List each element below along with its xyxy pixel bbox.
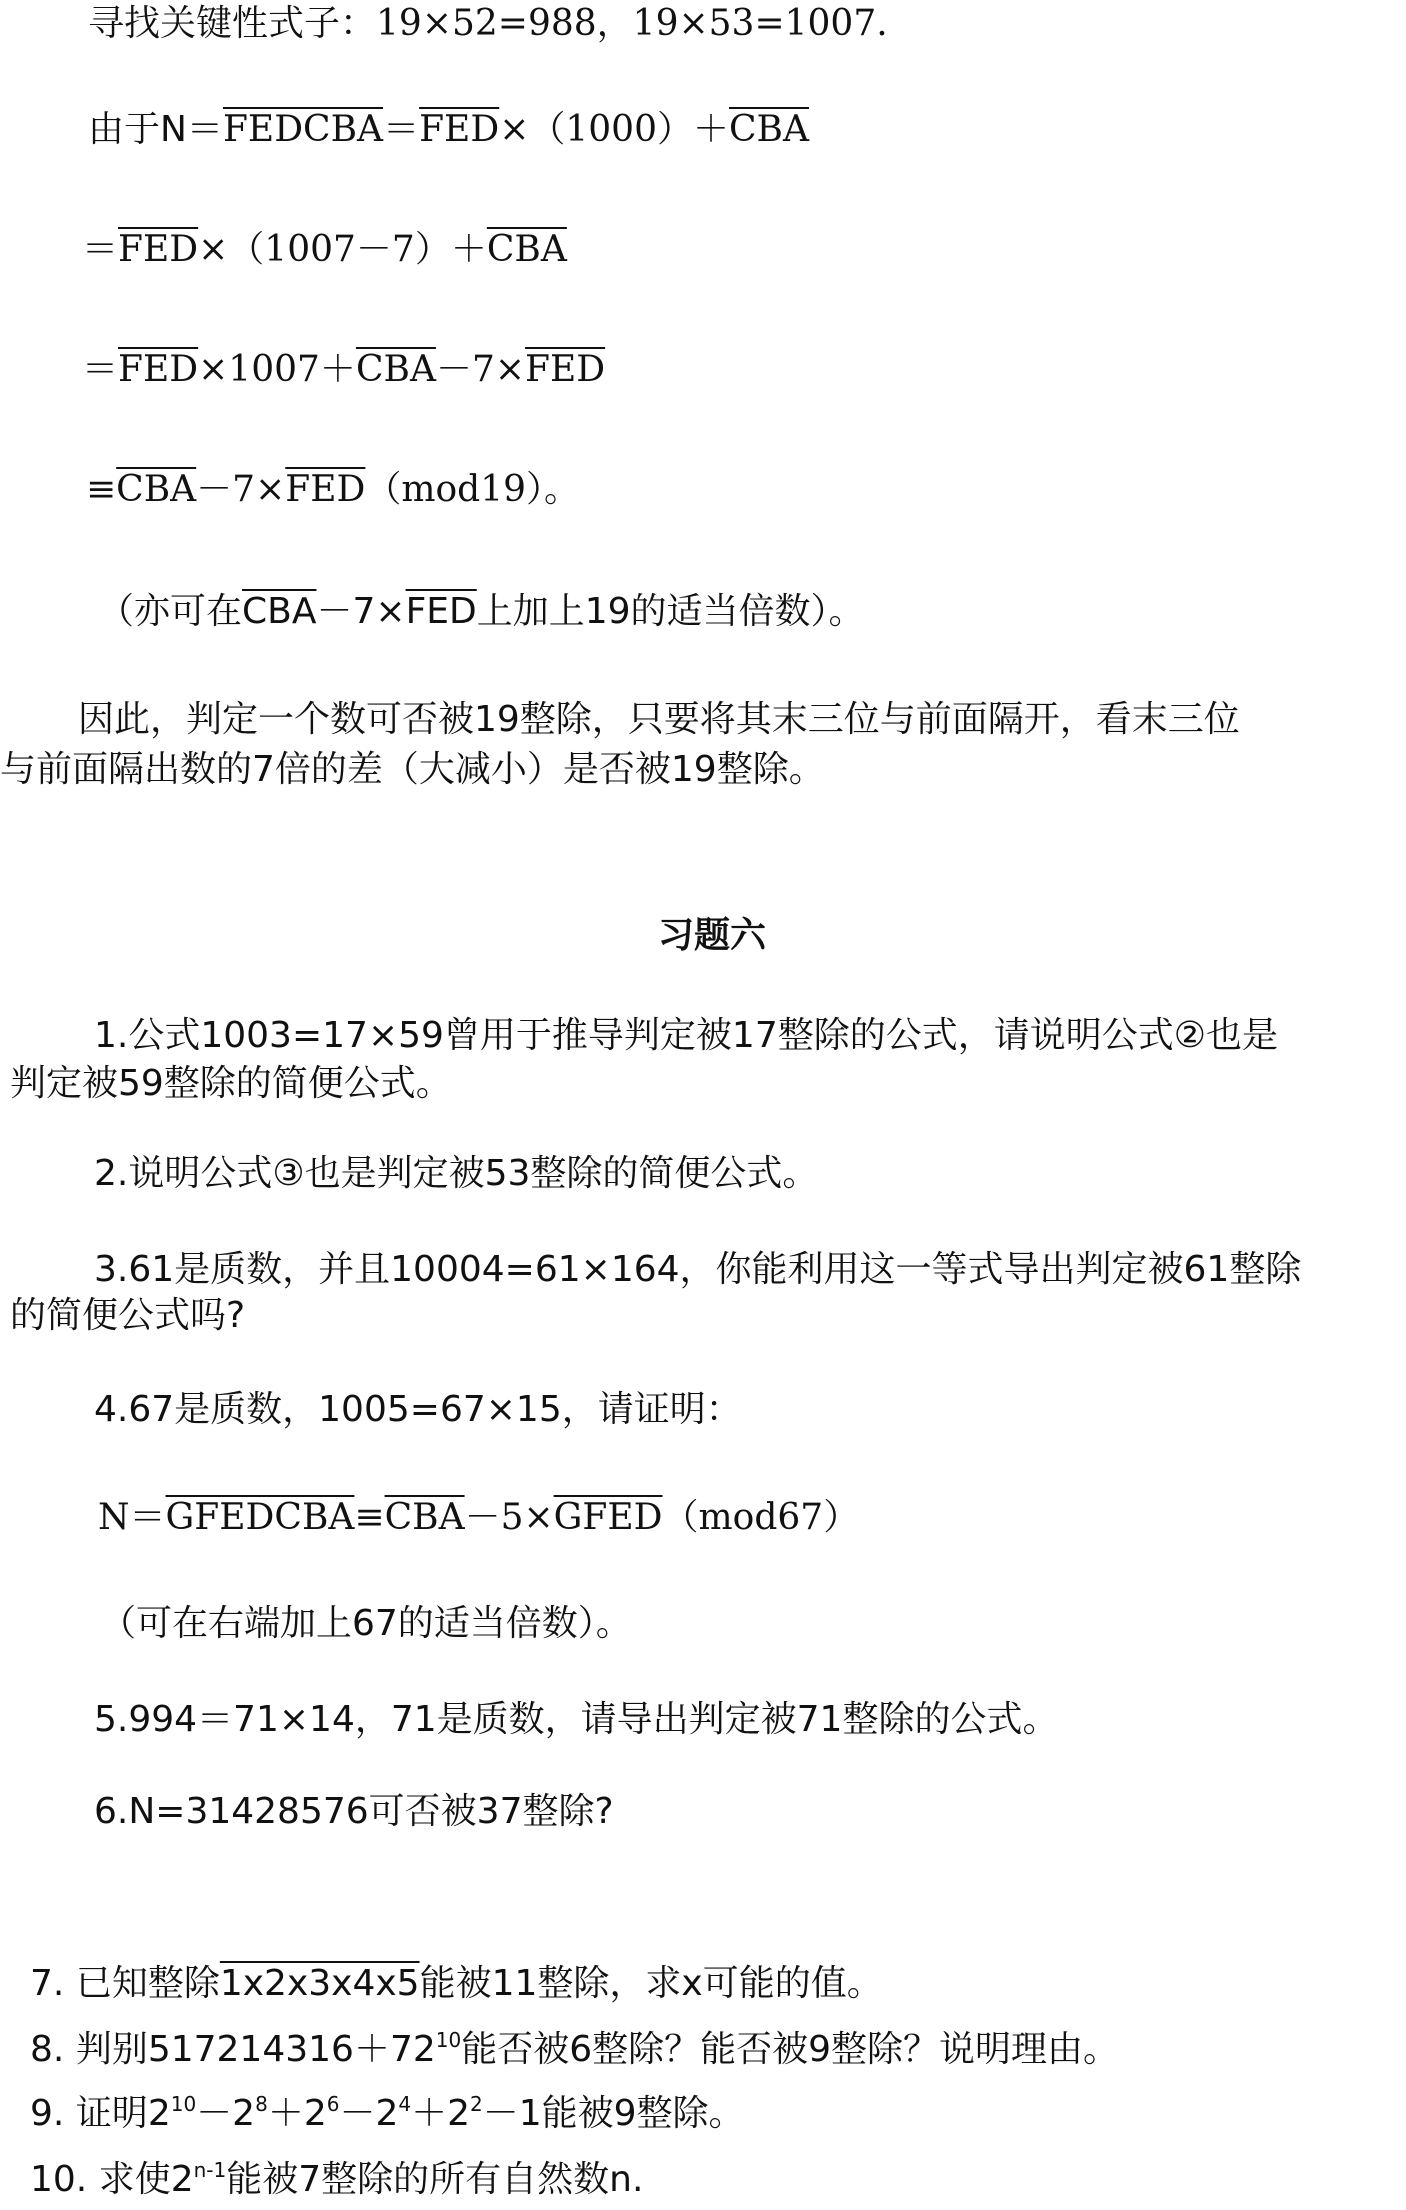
exercise-7: 7. 已知整除1x2x3x4x5能被11整除，求x可能的值。 bbox=[30, 1960, 883, 2008]
exp-5: 2 bbox=[470, 2092, 483, 2116]
conclusion-line-2: 与前面隔出数的7倍的差（大减小）是否被19整除。 bbox=[0, 746, 825, 794]
q9-number: 9. bbox=[30, 2093, 64, 2134]
q7-prefix: 已知整除 bbox=[76, 1963, 220, 2004]
step2-rest: ×（1007－7）＋ bbox=[198, 229, 487, 270]
overline-fed: FED bbox=[419, 109, 499, 150]
note-suffix: 上加上19的适当倍数）。 bbox=[477, 591, 865, 632]
derivation-note: （亦可在CBA－7×FED上加上19的适当倍数）。 bbox=[98, 588, 865, 636]
exercise-3-line-1: 3.61是质数，并且10004=61×164，你能利用这一等式导出判定被61整除 bbox=[94, 1246, 1301, 1294]
exercise-6: 6.N=31428576可否被37整除? bbox=[94, 1788, 614, 1836]
q10-suffix: 能被7整除的所有自然数n. bbox=[226, 2159, 643, 2200]
overline-cba: CBA bbox=[729, 109, 809, 150]
exp-2: 8 bbox=[255, 2092, 268, 2116]
key-formula-line: 寻找关键性式子：19×52=988，19×53=1007. bbox=[88, 0, 888, 48]
exercise-9: 9. 证明210－28＋26－24＋22－1能被9整除。 bbox=[30, 2090, 745, 2138]
overline-cba: CBA bbox=[242, 591, 316, 632]
overline-fed: FED bbox=[406, 591, 477, 632]
q9-term-3: ＋2 bbox=[268, 2093, 327, 2134]
overline-gfedcba: GFEDCBA bbox=[166, 1497, 355, 1538]
q9-suffix: －1能被9整除。 bbox=[483, 2093, 745, 2134]
congruent-sign: ≡ bbox=[86, 469, 116, 510]
step3-prefix: ＝ bbox=[82, 349, 118, 390]
note-mid: －7× bbox=[316, 591, 405, 632]
q7-number: 7. bbox=[30, 1963, 64, 2004]
overline-fed: FED bbox=[285, 469, 365, 510]
step4-suffix: （mod19）。 bbox=[365, 469, 580, 510]
derivation-step-2: ＝FED×（1007－7）＋CBA bbox=[82, 226, 567, 274]
overline-cba: CBA bbox=[116, 469, 196, 510]
q10-number: 10. bbox=[30, 2159, 87, 2200]
overline-fed: FED bbox=[118, 229, 198, 270]
conclusion-line-1: 因此，判定一个数可否被19整除，只要将其末三位与前面隔开，看末三位 bbox=[78, 696, 1240, 744]
q9-term-5: ＋2 bbox=[411, 2093, 470, 2134]
q4-suffix: （mod67） bbox=[663, 1497, 860, 1538]
key-formula-label: 寻找关键性式子： bbox=[88, 3, 376, 44]
q9-term-4: －2 bbox=[339, 2093, 398, 2134]
exercise-1-line-2: 判定被59整除的简便公式。 bbox=[10, 1060, 452, 1108]
congruent-sign: ≡ bbox=[354, 1497, 384, 1538]
overline-number: 1x2x3x4x5 bbox=[220, 1963, 420, 2004]
overline-fed: FED bbox=[118, 349, 198, 390]
overline-gfed: GFED bbox=[554, 1497, 663, 1538]
overline-cba: CBA bbox=[356, 349, 436, 390]
exercise-5: 5.994＝71×14，71是质数，请导出判定被71整除的公式。 bbox=[94, 1696, 1058, 1744]
exercise-3-line-2: 的简便公式吗? bbox=[10, 1292, 245, 1340]
q7-suffix: 能被11整除，求x可能的值。 bbox=[420, 1963, 883, 2004]
q8-number: 8. bbox=[30, 2029, 64, 2070]
step4-mid: －7× bbox=[196, 469, 285, 510]
exercise-4-formula: N＝GFEDCBA≡CBA－5×GFED（mod67） bbox=[98, 1494, 859, 1542]
exp-1: 10 bbox=[171, 2092, 196, 2116]
q8-prefix: 判别517214316＋72 bbox=[76, 2029, 436, 2070]
q8-suffix: 能否被6整除？能否被9整除？说明理由。 bbox=[461, 2029, 1119, 2070]
step1-rest: ×（1000）＋ bbox=[499, 109, 729, 150]
step3-mid: ×1007＋ bbox=[198, 349, 356, 390]
q10-exponent: n-1 bbox=[194, 2158, 227, 2182]
q8-exponent: 10 bbox=[436, 2028, 461, 2052]
q10-prefix: 求使2 bbox=[99, 2159, 194, 2200]
exercise-8: 8. 判别517214316＋7210能否被6整除？能否被9整除？说明理由。 bbox=[30, 2026, 1119, 2074]
q4-mid: －5× bbox=[465, 1497, 554, 1538]
q9-term-2: －2 bbox=[196, 2093, 255, 2134]
step3-mid2: －7× bbox=[436, 349, 525, 390]
step2-prefix: ＝ bbox=[82, 229, 118, 270]
q4-prefix: N＝ bbox=[98, 1497, 166, 1538]
key-formula-expr: 19×52=988，19×53=1007. bbox=[376, 3, 888, 44]
exercise-4-note: （可在右端加上67的适当倍数）。 bbox=[100, 1600, 632, 1648]
exercise-2: 2.说明公式③也是判定被53整除的简便公式。 bbox=[94, 1150, 818, 1198]
exercise-10: 10. 求使2n-1能被7整除的所有自然数n. bbox=[30, 2156, 643, 2204]
exp-4: 4 bbox=[398, 2092, 411, 2116]
exercise-1-line-1: 1.公式1003=17×59曾用于推导判定被17整除的公式，请说明公式②也是 bbox=[94, 1012, 1278, 1060]
derivation-step-1: 由于N＝FEDCBA＝FED×（1000）＋CBA bbox=[88, 106, 809, 154]
step1-prefix: 由于N＝ bbox=[88, 109, 223, 150]
exercise-4: 4.67是质数，1005=67×15，请证明： bbox=[94, 1386, 742, 1434]
overline-fedcba: FEDCBA bbox=[223, 109, 383, 150]
overline-cba: CBA bbox=[487, 229, 567, 270]
derivation-step-3: ＝FED×1007＋CBA－7×FED bbox=[82, 346, 605, 394]
overline-fed-2: FED bbox=[525, 349, 605, 390]
exp-3: 6 bbox=[327, 2092, 340, 2116]
exercises-title: 习题六 bbox=[658, 912, 766, 960]
note-prefix: （亦可在 bbox=[98, 591, 242, 632]
equals: ＝ bbox=[383, 109, 419, 150]
q9-term-1: 证明2 bbox=[76, 2093, 171, 2134]
derivation-step-4: ≡CBA－7×FED（mod19）。 bbox=[86, 466, 580, 514]
overline-cba: CBA bbox=[385, 1497, 465, 1538]
